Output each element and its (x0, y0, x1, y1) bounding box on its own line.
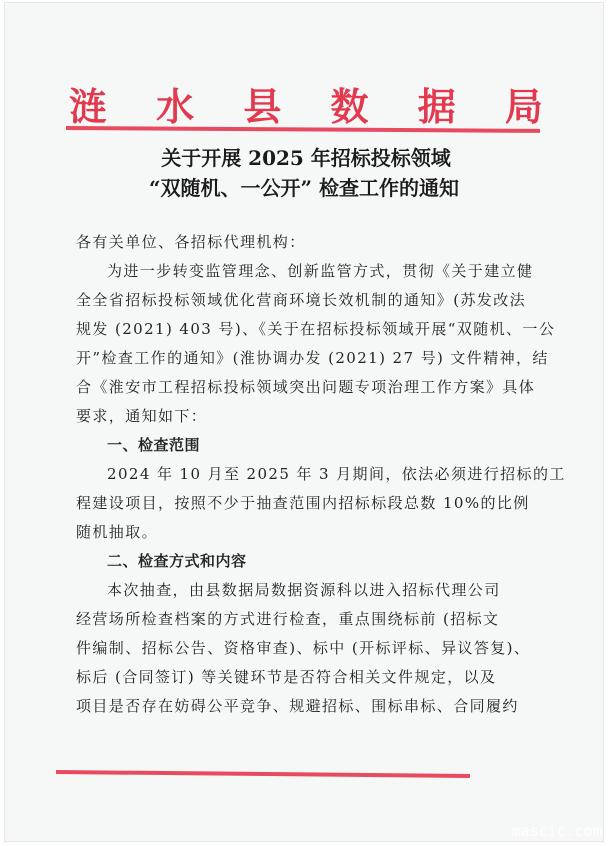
watermark: mascic.com (512, 822, 602, 840)
salutation: 各有关单位、各招标代理机构： (76, 228, 476, 257)
document-title: 关于开展 2025 年招标投标领域 “双随机、一公开” 检查工作的通知 (0, 143, 608, 203)
paragraph-line: 开”检查工作的通知》(淮协调办发 (2021) 27 号) 文件精神，结 (76, 344, 476, 373)
document-body: 各有关单位、各招标代理机构： 为进一步转变监管理念、创新监管方式，贯彻《关于建立… (76, 228, 476, 721)
paragraph-line: 程建设项目，按照不少于抽查范围内招标标段总数 10%的比例 (76, 489, 476, 518)
paragraph-line: 2024 年 10 月至 2025 年 3 月期间，依法必须进行招标的工 (76, 460, 476, 489)
paragraph-line: 合《淮安市工程招标投标领域突出问题专项治理工作方案》具体 (76, 373, 476, 402)
paragraph-line: 要求，通知如下： (76, 402, 476, 431)
paragraph-line: 经营场所检查档案的方式进行检查，重点围绕标前 (招标文 (76, 605, 476, 634)
masthead-title: 涟 水 县 数 据 局 (66, 78, 546, 128)
masthead-char: 涟 (66, 76, 110, 131)
paragraph-line: 为进一步转变监管理念、创新监管方式，贯彻《关于建立健 (76, 257, 476, 286)
title-line-2: “双随机、一公开” 检查工作的通知 (0, 173, 608, 203)
masthead-char: 数 (328, 76, 372, 131)
masthead-char: 县 (240, 76, 284, 131)
paragraph-line: 件编制、招标公告、资格审查)、标中 (开标评标、异议答复)、 (76, 634, 476, 663)
section-heading-2: 二、检查方式和内容 (76, 547, 476, 576)
paragraph-line: 随机抽取。 (76, 518, 476, 547)
masthead-char: 水 (153, 76, 197, 131)
paragraph-line: 项目是否存在妨碍公平竞争、规避招标、围标串标、合同履约 (76, 692, 476, 721)
paragraph-line: 规发 (2021) 403 号)、《关于在招标投标领域开展“双随机、一公 (76, 315, 476, 344)
section-heading-1: 一、检查范围 (76, 431, 476, 460)
masthead-char: 局 (502, 76, 546, 131)
paragraph-line: 本次抽查，由县数据局数据资源科以进入招标代理公司 (76, 576, 476, 605)
title-line-1: 关于开展 2025 年招标投标领域 (0, 143, 608, 173)
paragraph-line: 标后 (合同签订) 等关键环节是否符合相关文件规定，以及 (76, 663, 476, 692)
masthead-char: 据 (415, 76, 459, 131)
paragraph-line: 全全省招标投标领域优化营商环境长效机制的通知》(苏发改法 (76, 286, 476, 315)
